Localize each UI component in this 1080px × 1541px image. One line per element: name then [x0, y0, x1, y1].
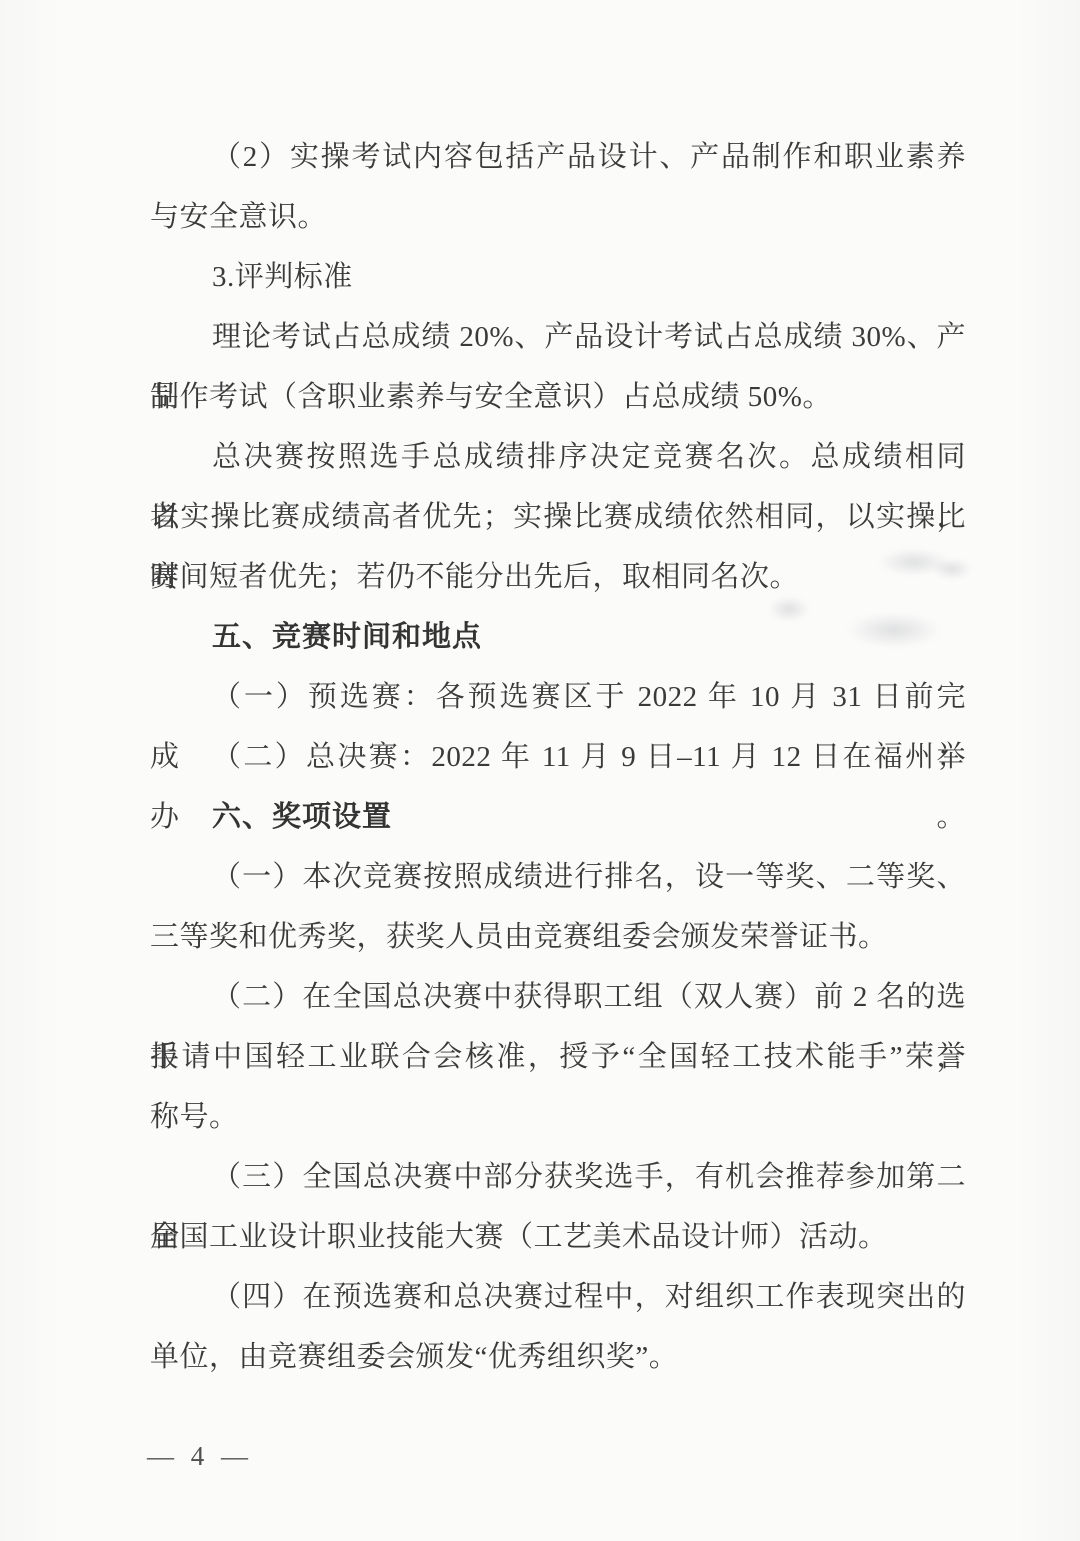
- document-line: 全国工业设计职业技能大赛（工艺美术品设计师）活动。: [150, 1207, 966, 1267]
- document-body: （2）实操考试内容包括产品设计、产品制作和职业素养与安全意识。3.评判标准理论考…: [150, 127, 966, 1387]
- document-line: （一）本次竞赛按照成绩进行排名，设一等奖、二等奖、: [150, 847, 966, 907]
- document-line: 以实操比赛成绩高者优先；实操比赛成绩依然相同，以实操比赛: [150, 487, 966, 547]
- document-line: 报请中国轻工业联合会核准，授予“全国轻工技术能手”荣誉: [150, 1027, 966, 1087]
- document-line: 单位，由竞赛组委会颁发“优秀组织奖”。: [150, 1327, 966, 1387]
- document-line: （二）总决赛：2022 年 11 月 9 日–11 月 12 日在福州举办。: [150, 727, 966, 787]
- document-line: 三等奖和优秀奖，获奖人员由竞赛组委会颁发荣誉证书。: [150, 907, 966, 967]
- document-line: 3.评判标准: [150, 247, 966, 307]
- document-line: 总决赛按照选手总成绩排序决定竞赛名次。总成绩相同者，: [150, 427, 966, 487]
- document-line: 时间短者优先；若仍不能分出先后，取相同名次。: [150, 547, 966, 607]
- document-line: 理论考试占总成绩 20%、产品设计考试占总成绩 30%、产品: [150, 307, 966, 367]
- document-line: 称号。: [150, 1087, 966, 1147]
- page-number: — 4 —: [147, 1429, 253, 1483]
- document-line: （二）在全国总决赛中获得职工组（双人赛）前 2 名的选手，: [150, 967, 966, 1027]
- document-line: 与安全意识。: [150, 187, 966, 247]
- document-line: 制作考试（含职业素养与安全意识）占总成绩 50%。: [150, 367, 966, 427]
- document-line: （一）预选赛：各预选赛区于 2022 年 10 月 31 日前完成；: [150, 667, 966, 727]
- section-heading: 五、竞赛时间和地点: [150, 607, 966, 667]
- document-line: （三）全国总决赛中部分获奖选手，有机会推荐参加第二届: [150, 1147, 966, 1207]
- document-page: （2）实操考试内容包括产品设计、产品制作和职业素养与安全意识。3.评判标准理论考…: [0, 0, 1080, 1541]
- document-line: （2）实操考试内容包括产品设计、产品制作和职业素养: [150, 127, 966, 187]
- document-line: （四）在预选赛和总决赛过程中，对组织工作表现突出的: [150, 1267, 966, 1327]
